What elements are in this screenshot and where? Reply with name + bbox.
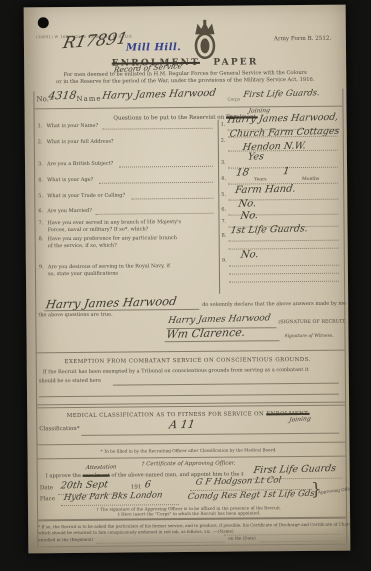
classification-value: A 11 <box>168 418 195 432</box>
bottom-note-date-blank <box>260 540 340 543</box>
rule-above-medical-2 <box>36 405 346 409</box>
a8-number: 8. <box>222 233 227 239</box>
date-value: 20th Sept <box>60 479 109 491</box>
witness-signature-label: Signature of Witness. <box>284 334 333 339</box>
photo-background: (38891) W 16867/2515 500m 2/16 S. B. Ltd… <box>0 0 371 571</box>
q8-number: 8. <box>39 236 44 242</box>
a5-number: 5. <box>221 192 226 198</box>
q2-text: What is your full Address? <box>47 139 114 146</box>
rule-above-exemption <box>36 350 346 354</box>
a9-value: No. <box>240 249 259 260</box>
a1-value: Harry James Harwood, <box>227 112 340 126</box>
officer-unit: Comdg Res Regt 1st Life Gds <box>187 489 315 502</box>
no-value: 4318 <box>47 89 77 103</box>
a3-value: Yes <box>247 151 265 162</box>
a6-number: 6. <box>221 207 226 213</box>
rule-above-bottom-note <box>37 517 347 522</box>
q1-leader <box>103 127 213 130</box>
corps-value: First Life Guards. <box>243 88 321 100</box>
a3-number: 3. <box>221 160 226 166</box>
q6-number: 6. <box>38 208 43 214</box>
witness-signature: Wm Clarence. <box>165 326 246 341</box>
recruit-signature-label: (SIGNATURE OF RECRUIT. <box>278 320 345 326</box>
certificate-line-struck: enrolment <box>83 473 110 479</box>
year-value: 6 <box>144 479 152 490</box>
a4-months-value: 1 <box>282 166 290 177</box>
bottom-note-line2: which should be returned to him conspicu… <box>38 529 233 536</box>
a8-line1 <box>229 239 339 242</box>
certificate-line-prefix: I approve the <box>46 473 83 479</box>
q3-text: Are you a British Subject? <box>47 161 113 168</box>
declaration-text1: do solemnly declare that the above answe… <box>202 301 350 308</box>
q4-text: What is your Age? <box>47 177 93 183</box>
declaration-signature-line <box>44 309 199 311</box>
hole-punch <box>38 17 49 28</box>
name-value: Harry James Harwood <box>101 88 216 102</box>
q9-text-line2: so, state your qualifications <box>48 271 118 278</box>
officer-signature: G F Hodgson Lt Col <box>195 475 282 487</box>
a9-number: 9. <box>222 258 227 264</box>
answers-divider <box>218 120 221 294</box>
place-label: Place <box>40 496 55 502</box>
q1-number: 1. <box>38 123 43 129</box>
q5-number: 5. <box>38 193 43 199</box>
a2-value-line1: Church Farm Cottages <box>229 126 341 140</box>
q4-leader <box>99 181 213 184</box>
q7-number: 7. <box>38 220 43 226</box>
q5-leader <box>131 197 213 200</box>
q7-text-line1: Have you ever served in any branch of Hi… <box>47 219 181 226</box>
q6-leader <box>95 212 213 215</box>
rule-under-classification <box>36 442 346 446</box>
q7-text-line2: Forces, naval or military? If so*, which… <box>48 226 149 233</box>
a2-number: 2. <box>221 138 226 144</box>
q5-text: What is your Trade or Calling? <box>47 193 125 200</box>
bottom-note-line3b: on the (Date) <box>228 535 255 540</box>
a6-value: No. <box>237 198 256 209</box>
rule-under-identity <box>34 106 344 110</box>
a9-line2 <box>229 272 339 275</box>
rule-bottom-box <box>37 544 347 548</box>
a8-value: 1st Life Guards. <box>230 223 309 236</box>
a5-value: Farm Hand. <box>234 184 296 197</box>
q9-text-line1: Are you desirous of serving in the Royal… <box>48 263 170 270</box>
q6-text: Are you Married? <box>47 208 92 214</box>
q2-number: 2. <box>38 139 43 145</box>
q9-number: 9. <box>39 264 44 270</box>
place-stamp: Mill Hill. <box>126 42 181 53</box>
title-word: PAPER <box>213 57 258 67</box>
place-value: Hyde Park Bks London <box>63 490 163 503</box>
medical-footnote: * To be filled in by the Recruiting Offi… <box>27 447 349 455</box>
declaration-text2: the above questions are true. <box>38 312 112 319</box>
bottom-note-line3a: enrolled in the (Regiment) <box>38 537 93 542</box>
serial-number-handwritten: R17891 <box>61 28 129 52</box>
a9-line1 <box>229 264 339 267</box>
year-printed: 191 <box>131 484 142 490</box>
classification-line <box>81 433 339 436</box>
q8-text-line1: Have you any preference for any particul… <box>48 235 177 242</box>
name-label: Name <box>76 95 101 103</box>
exemption-blank-line1 <box>113 383 339 386</box>
enrolment-paper: (38891) W 16867/2515 500m 2/16 S. B. Ltd… <box>24 5 351 554</box>
q3-number: 3. <box>38 161 43 167</box>
a4-years-value: 18 <box>235 167 249 178</box>
medical-heading-correction: Joining <box>289 415 312 424</box>
q8-text-line2: of the service, if so, which? <box>48 243 117 250</box>
recruit-signature: Harry James Harwood <box>167 313 271 326</box>
a9-line3 <box>229 280 339 283</box>
page-title: ENROLMENT PAPER <box>24 57 346 70</box>
exemption-body2: should be so stated here <box>39 378 101 385</box>
medical-heading-prefix: MEDICAL CLASSIFICATION AS TO FITNESS FOR… <box>67 411 264 419</box>
certificate-correction: Attestation <box>85 464 117 471</box>
exemption-heading: EXEMPTION FROM COMBATANT SERVICE ON CONS… <box>27 357 349 366</box>
rule-above-certificate <box>37 456 347 460</box>
q1-text: What is your Name? <box>47 123 99 129</box>
form-border-left <box>33 91 38 546</box>
form-border-right <box>342 89 347 544</box>
a7-number: 7. <box>221 219 226 225</box>
a7-value: No. <box>240 210 259 221</box>
q3-leader <box>119 165 213 168</box>
appointed-corps-value: First Life Guards <box>253 463 337 476</box>
a4-number: 4. <box>221 176 226 182</box>
bottom-note-regiment-blank <box>96 541 224 544</box>
corps-label: Corps <box>227 97 240 102</box>
a1-number: 1. <box>221 122 226 128</box>
questions-header-prefix: Questions to be put to the Reservist on <box>113 115 224 122</box>
date-label: Date <box>40 485 53 491</box>
witness-signature-line <box>165 340 280 342</box>
army-form-number: Army Form B. 2512. <box>274 36 331 43</box>
q4-number: 4. <box>38 177 43 183</box>
exemption-blank-line2 <box>39 394 339 398</box>
exemption-body1: If the Recruit has been exempted by a Tr… <box>43 367 309 375</box>
classification-label: Classification* <box>39 426 79 432</box>
